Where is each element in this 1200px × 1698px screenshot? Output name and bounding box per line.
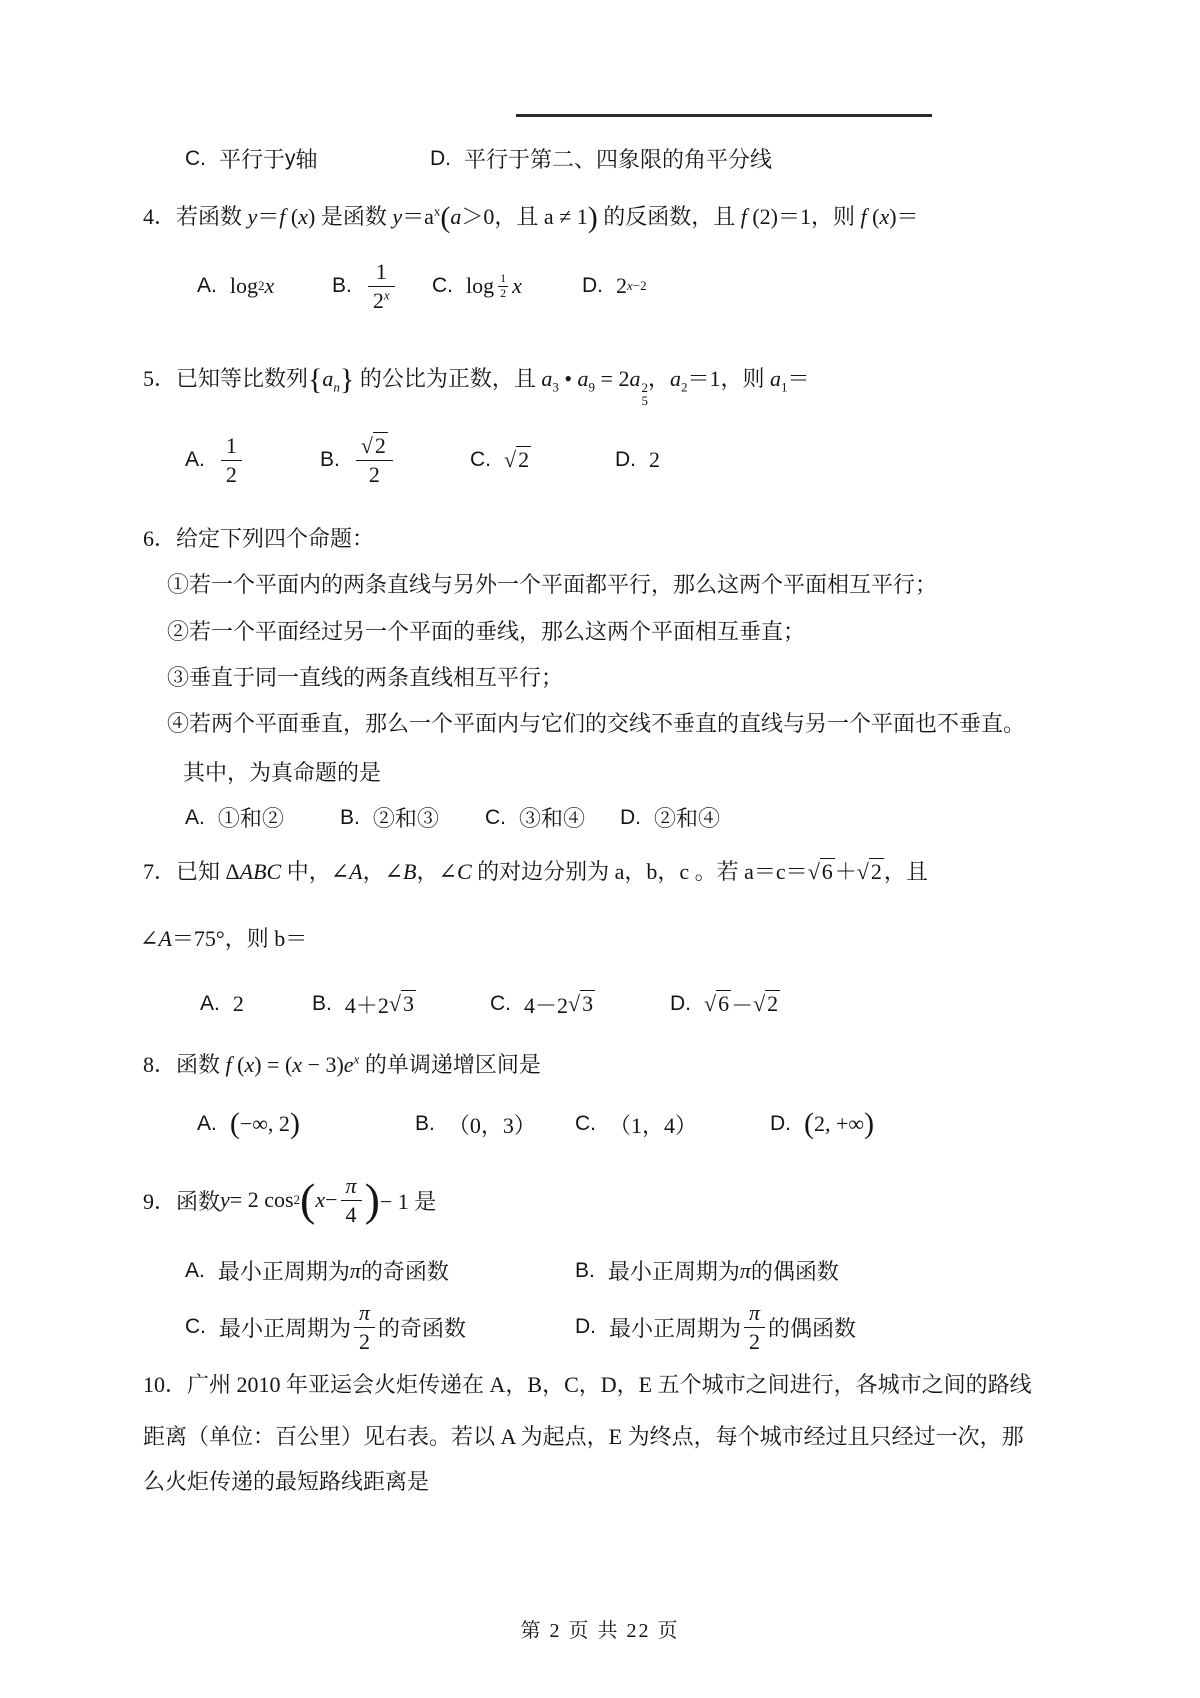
q6-option-b-label: B. [340, 806, 360, 830]
q8-option-a-text: (−∞, 2) [230, 1107, 300, 1141]
q5-option-b-text: √22 [353, 433, 396, 487]
q6-option-d-label: D. [620, 806, 641, 830]
q5-option-d-label: D. [615, 448, 636, 472]
q9-options-row-ab: A.最小正周期为 π 的奇函数 B.最小正周期为 π 的偶函数 [185, 1255, 839, 1286]
q9-option-d: D.最小正周期为π2的偶函数 [575, 1300, 856, 1354]
q9-stem: 9．函数 y = 2 cos2 ( x − π4 ) − 1 是 [143, 1158, 436, 1242]
q7-option-d: D.√6－√2 [670, 989, 780, 1020]
q5-options-row: A.12 B.√22 C.√2 D.2 [185, 415, 660, 505]
q8-option-d-label: D. [770, 1112, 791, 1136]
q5-option-c-text: √2 [504, 447, 531, 473]
q10-line-3: 么火炬传递的最短路线距离是 [143, 1465, 429, 1496]
q5-option-c: C.√2 [470, 447, 615, 473]
q6-tail: 其中，为真命题的是 [183, 756, 381, 787]
q8-option-b-text: （0，3） [448, 1109, 536, 1140]
q8-option-b-label: B. [415, 1112, 435, 1136]
q4-option-a-label: A. [197, 274, 217, 298]
q4-option-d-label: D. [582, 274, 603, 298]
q9-option-d-text: 最小正周期为π2的偶函数 [609, 1300, 856, 1354]
q4-options-row: A.log 2 x B.12x C.log12x D.2x−2 [197, 248, 647, 324]
q9-option-b: B.最小正周期为 π 的偶函数 [575, 1255, 839, 1286]
q8-option-a: A.(−∞, 2) [197, 1107, 415, 1141]
q3-options-row: C. 平行于 y 轴 D. 平行于第二、四象限的角平分线 [185, 143, 772, 174]
q9-options-row-cd: C.最小正周期为π2的奇函数 D.最小正周期为π2的偶函数 [185, 1295, 856, 1359]
q6-option-c-label: C. [485, 806, 506, 830]
exam-page: C. 平行于 y 轴 D. 平行于第二、四象限的角平分线 4．若函数 y＝f (… [0, 0, 1200, 1698]
q9-option-c-label: C. [185, 1315, 206, 1339]
q7-option-c: C.4－2√3 [490, 989, 670, 1020]
q4-option-d: D.2x−2 [582, 273, 647, 299]
page-footer: 第 2 页 共 22 页 [0, 1614, 1200, 1643]
q7-option-b: B.4＋2√3 [312, 989, 490, 1020]
q6-option-a-label: A. [185, 806, 205, 830]
q7-option-c-label: C. [490, 992, 511, 1016]
q7-option-c-text: 4－2√3 [524, 989, 595, 1020]
q4-stem: 4．若函数 y＝f (x) 是函数 y＝ax(a＞0，且 a ≠ 1) 的反函数… [143, 200, 919, 235]
q9-option-d-label: D. [575, 1315, 596, 1339]
q7-options-row: A.2 B.4＋2√3 C.4－2√3 D.√6－√2 [200, 982, 780, 1026]
q6-option-d: D.②和④ [620, 802, 720, 833]
q8-option-b: B.（0，3） [415, 1109, 575, 1140]
q9-option-a-label: A. [185, 1259, 205, 1283]
q8-option-a-label: A. [197, 1112, 217, 1136]
q4-option-b: B.12x [332, 259, 432, 313]
q3-option-d: D. 平行于第二、四象限的角平分线 [430, 143, 772, 174]
q4-option-a: A.log 2 x [197, 273, 332, 299]
q4-option-a-text: log 2 x [230, 273, 274, 299]
q6-option-b: B.②和③ [340, 802, 485, 833]
q7-option-d-label: D. [670, 992, 691, 1016]
q5-option-c-label: C. [470, 448, 491, 472]
q6-option-a: A.①和② [185, 802, 340, 833]
q5-option-d: D.2 [615, 447, 660, 473]
q7-stem-line1: 7．已知 ΔABC 中，∠A，∠B，∠C 的对边分别为 a，b，c 。若 a＝c… [143, 855, 928, 886]
q4-option-b-label: B. [332, 274, 352, 298]
q5-option-a-label: A. [185, 448, 205, 472]
q7-option-d-text: √6－√2 [704, 989, 780, 1020]
q6-option-b-text: ②和③ [373, 802, 439, 833]
q6-statement-1: ①若一个平面内的两条直线与另外一个平面都平行，那么这两个平面相互平行； [167, 568, 937, 599]
q9-option-a-text: 最小正周期为 π 的奇函数 [218, 1255, 449, 1286]
q4-option-c-label: C. [432, 274, 453, 298]
q6-statement-2: ②若一个平面经过另一个平面的垂线，那么这两个平面相互垂直； [167, 615, 805, 646]
q8-option-c-label: C. [575, 1112, 596, 1136]
q7-option-a-label: A. [200, 992, 220, 1016]
q8-options-row: A.(−∞, 2) B.（0，3） C.（1，4） D.(2, +∞) [197, 1100, 874, 1148]
q5-stem: 5．已知等比数列{an} 的公比为正数，且 a3 • a9 = 2a25，a2＝… [143, 362, 810, 408]
q4-option-c-text: log12x [466, 272, 522, 301]
q9-option-c-text: 最小正周期为π2的奇函数 [219, 1300, 466, 1354]
q3-option-d-text: 平行于第二、四象限的角平分线 [464, 143, 772, 174]
q5-option-b-label: B. [320, 448, 340, 472]
q10-line-2: 距离（单位：百公里）见右表。若以 A 为起点，E 为终点，每个城市经过且只经过一… [143, 1420, 1024, 1451]
q7-stem-line2: ∠A＝75°，则 b＝ [140, 922, 307, 953]
q8-option-d-text: (2, +∞) [804, 1107, 874, 1141]
q3-option-c-label: C. [185, 147, 206, 171]
q6-option-a-text: ①和② [218, 802, 284, 833]
q4-option-d-text: 2x−2 [616, 273, 647, 299]
q7-option-a: A.2 [200, 991, 312, 1017]
q5-option-b: B.√22 [320, 433, 470, 487]
q3-option-d-label: D. [430, 147, 451, 171]
q4-option-b-text: 12x [365, 259, 398, 313]
q6-option-d-text: ②和④ [654, 802, 720, 833]
q5-option-d-text: 2 [649, 447, 660, 473]
q6-option-c-text: ③和④ [519, 802, 585, 833]
q9-option-a: A.最小正周期为 π 的奇函数 [185, 1255, 575, 1286]
q8-stem: 8．函数 f (x) = (x − 3)ex 的单调递增区间是 [143, 1048, 541, 1079]
q6-statement-3: ③垂直于同一直线的两条直线相互平行； [167, 661, 563, 692]
q9-option-b-label: B. [575, 1259, 595, 1283]
q9-option-c: C.最小正周期为π2的奇函数 [185, 1300, 575, 1354]
q3-option-c: C. 平行于 y 轴 [185, 143, 430, 174]
name-blank-rule [516, 114, 932, 117]
q7-option-a-text: 2 [233, 991, 244, 1017]
q5-option-a-text: 12 [218, 433, 245, 487]
q4-option-c: C.log12x [432, 272, 582, 301]
q9-option-b-text: 最小正周期为 π 的偶函数 [608, 1255, 839, 1286]
q7-option-b-text: 4＋2√3 [345, 989, 416, 1020]
q8-option-d: D.(2, +∞) [770, 1107, 874, 1141]
q3-option-c-text: 平行于 y 轴 [219, 143, 318, 174]
q6-statement-4: ④若两个平面垂直，那么一个平面内与它们的交线不垂直的直线与另一个平面也不垂直。 [167, 707, 1025, 738]
q7-option-b-label: B. [312, 992, 332, 1016]
q6-stem: 6．给定下列四个命题： [143, 522, 374, 553]
q6-options-row: A.①和② B.②和③ C.③和④ D.②和④ [185, 802, 720, 833]
q10-line-1: 10．广州 2010 年亚运会火炬传递在 A，B，C，D，E 五个城市之间进行，… [143, 1368, 1032, 1399]
q6-option-c: C.③和④ [485, 802, 620, 833]
q8-option-c: C.（1，4） [575, 1109, 770, 1140]
q5-option-a: A.12 [185, 433, 320, 487]
q8-option-c-text: （1，4） [609, 1109, 697, 1140]
